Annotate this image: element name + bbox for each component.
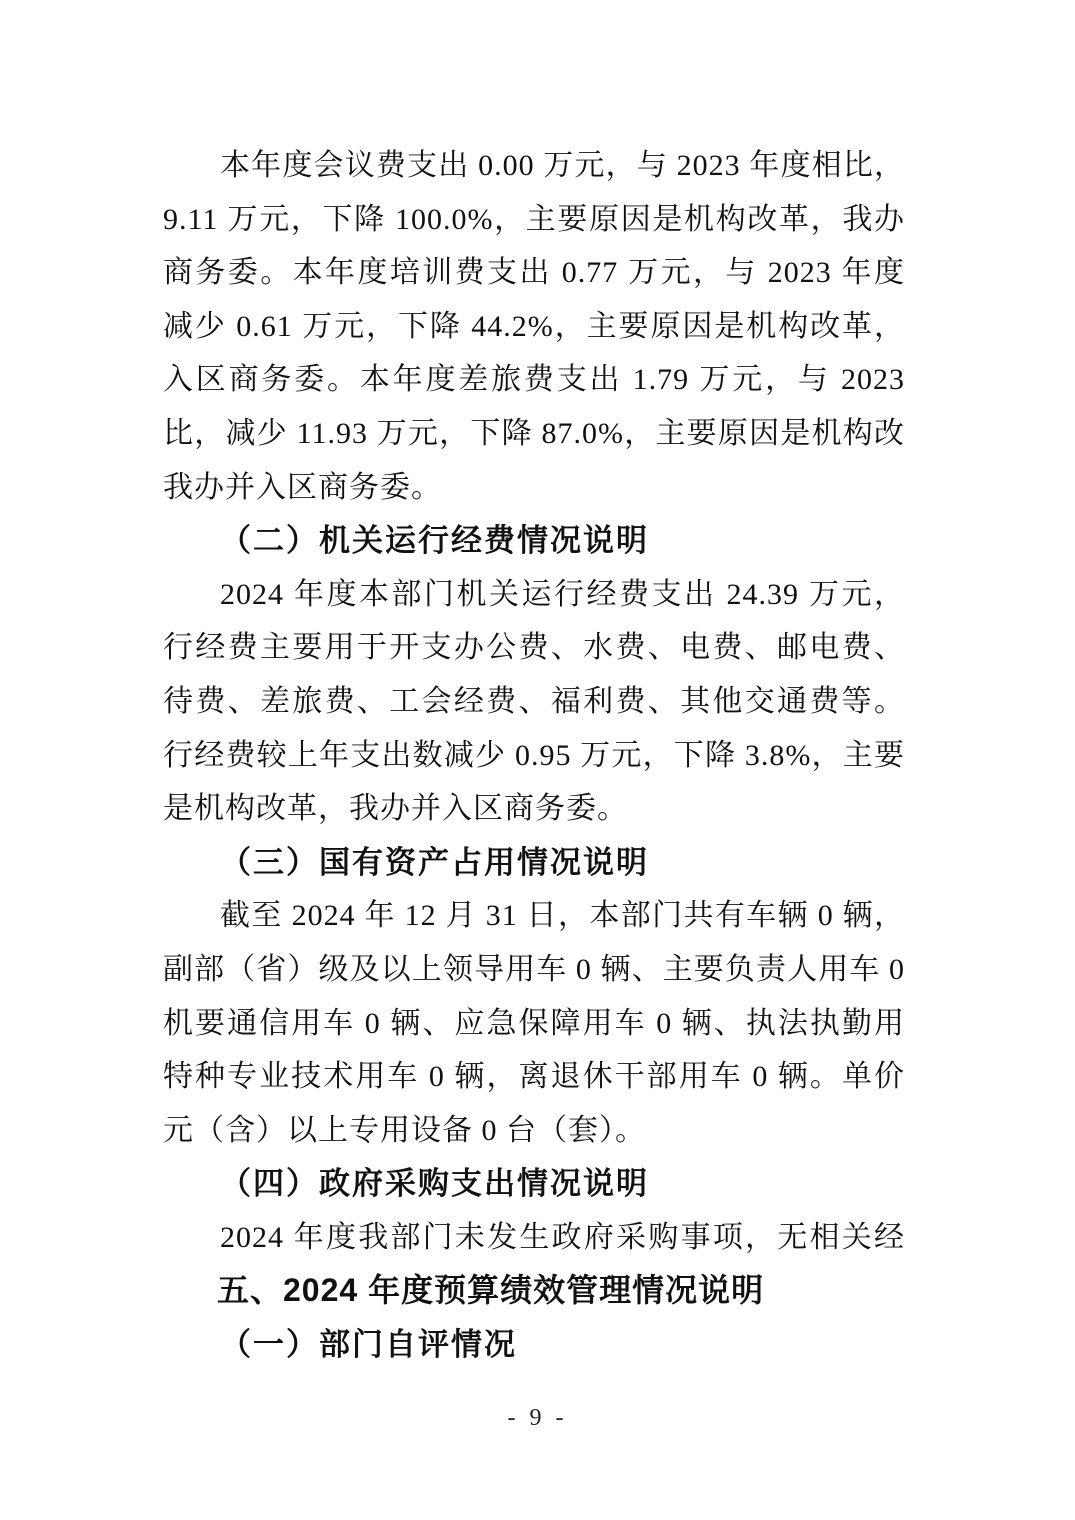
page-number: - 9 -: [0, 1402, 1075, 1434]
document-body: 本年度会议费支出 0.00 万元，与 2023 年度相比，减少 9.11 万元，…: [163, 139, 905, 1372]
body-line: 待费、差旅费、工会经费、福利费、其他交通费等。机关运: [163, 675, 905, 729]
body-line: 副部（省）级及以上领导用车 0 辆、主要负责人用车 0 辆、: [163, 943, 905, 997]
body-line: 比，减少 11.93 万元，下降 87.0%，主要原因是机构改革，: [163, 407, 905, 461]
body-line: 9.11 万元，下降 100.0%，主要原因是机构改革，我办并入区: [163, 193, 905, 247]
document-page: 本年度会议费支出 0.00 万元，与 2023 年度相比，减少 9.11 万元，…: [0, 0, 1075, 1520]
body-line: 元（含）以上专用设备 0 台（套）。: [163, 1104, 905, 1158]
body-line: 商务委。本年度培训费支出 0.77 万元，与 2023 年度相比，: [163, 246, 905, 300]
body-line: 是机构改革，我办并入区商务委。: [163, 782, 905, 836]
section-heading-government-procurement: （四）政府采购支出情况说明: [163, 1157, 905, 1211]
body-line: 本年度会议费支出 0.00 万元，与 2023 年度相比，减少: [163, 139, 905, 193]
body-line: 截至 2024 年 12 月 31 日，本部门共有车辆 0 辆，其中，: [163, 889, 905, 943]
body-line: 机要通信用车 0 辆、应急保障用车 0 辆、执法执勤用车 0 辆，: [163, 997, 905, 1051]
body-line: 行经费主要用于开支办公费、水费、电费、邮电费、公务接: [163, 621, 905, 675]
body-line: 特种专业技术用车 0 辆，离退休干部用车 0 辆。单价 100 万: [163, 1050, 905, 1104]
section-heading-state-asset-occupancy: （三）国有资产占用情况说明: [163, 836, 905, 890]
section-heading-department-self-evaluation: （一）部门自评情况: [163, 1318, 905, 1372]
section-heading-agency-operating-funds: （二）机关运行经费情况说明: [163, 514, 905, 568]
body-line: 减少 0.61 万元，下降 44.2%，主要原因是机构改革，我办并: [163, 300, 905, 354]
chapter-heading-budget-performance: 五、2024 年度预算绩效管理情况说明: [163, 1264, 905, 1318]
body-line: 行经费较上年支出数减少 0.95 万元，下降 3.8%，主要原因: [163, 729, 905, 783]
body-line: 2024 年度我部门未发生政府采购事项，无相关经费支出。: [163, 1211, 905, 1265]
body-line: 2024 年度本部门机关运行经费支出 24.39 万元，机关运: [163, 568, 905, 622]
body-line: 入区商务委。本年度差旅费支出 1.79 万元，与 2023 年度相: [163, 353, 905, 407]
body-line: 我办并入区商务委。: [163, 461, 905, 515]
